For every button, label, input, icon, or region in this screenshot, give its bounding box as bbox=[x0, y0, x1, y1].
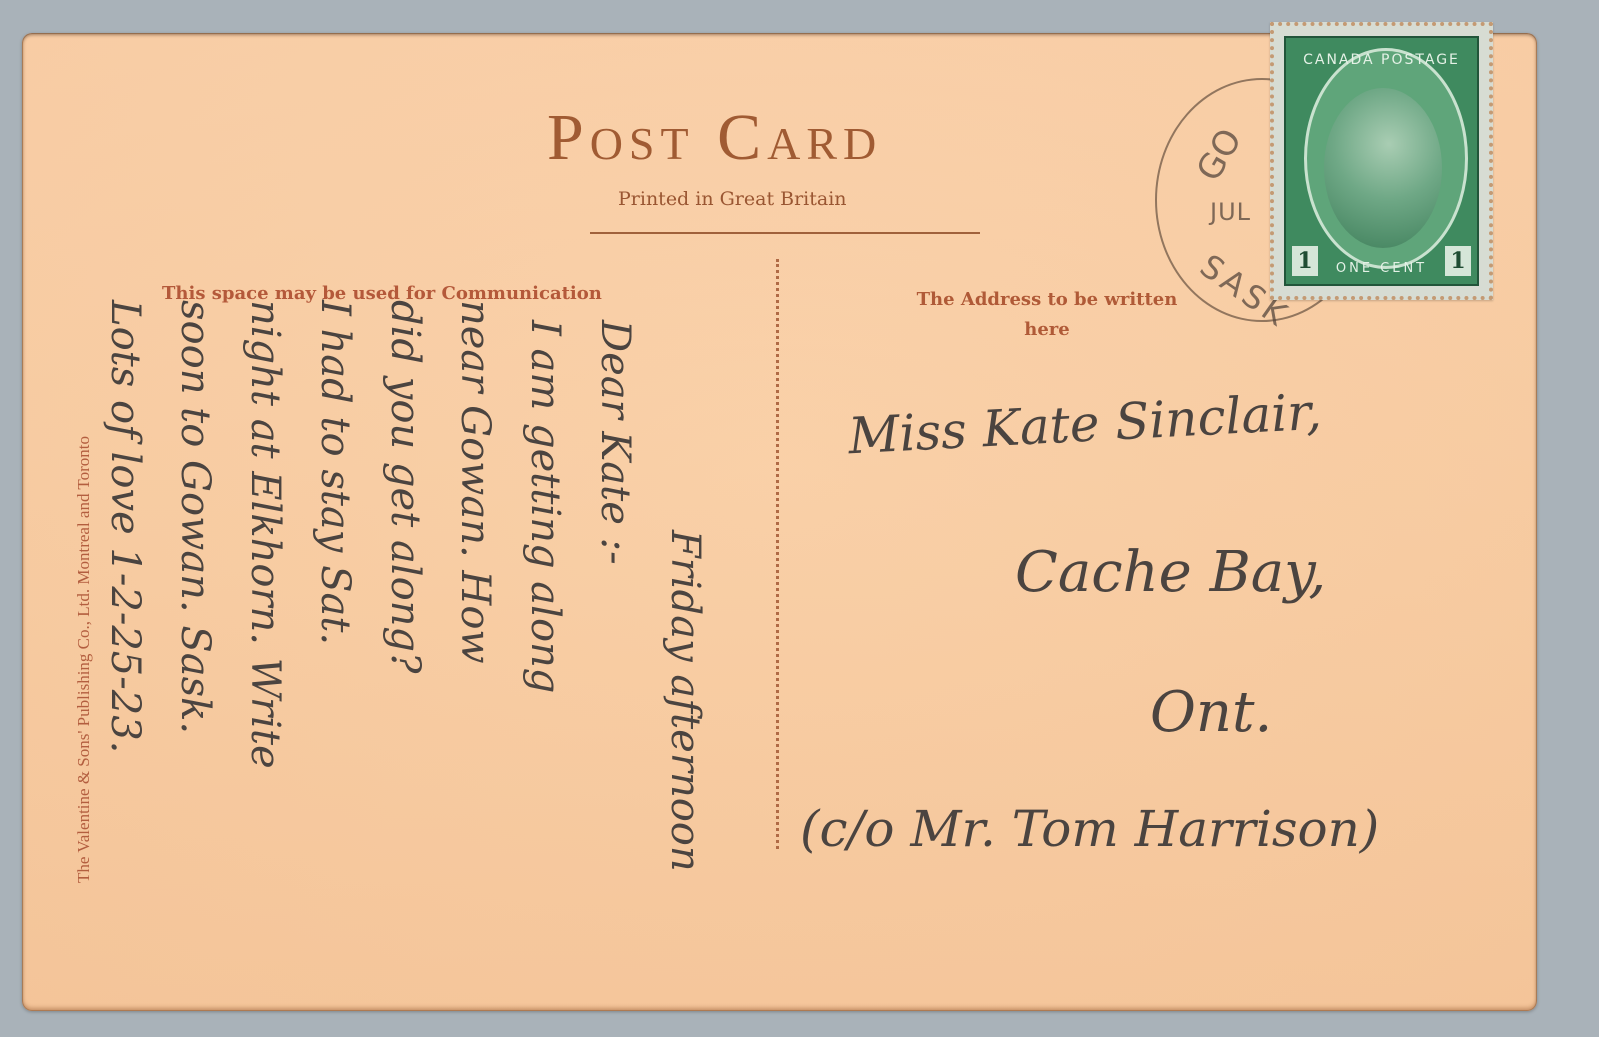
stamp-top-text: CANADA POSTAGE bbox=[1286, 52, 1477, 68]
stamp-denomination-right: 1 bbox=[1445, 246, 1471, 276]
message-line: Friday afternoon bbox=[650, 300, 720, 872]
address-city: Cache Bay, bbox=[1015, 540, 1326, 605]
handwritten-message: Friday afternoon Dear Kate :- I am getti… bbox=[90, 300, 720, 872]
title-divider bbox=[590, 232, 980, 234]
address-label-line2: here bbox=[882, 315, 1212, 345]
message-line: Dear Kate :- bbox=[580, 300, 650, 872]
stamp-frame: CANADA POSTAGE ONE CENT 1 1 bbox=[1284, 36, 1479, 286]
message-line: I am getting along bbox=[510, 300, 580, 872]
stamp-denomination-left: 1 bbox=[1292, 246, 1318, 276]
printed-in-label: Printed in Great Britain bbox=[618, 188, 847, 210]
message-line: I had to stay Sat. bbox=[300, 300, 370, 872]
message-line: Lots of love 1-2-25-23. bbox=[90, 300, 160, 872]
postcard-title: Post Card bbox=[547, 100, 882, 176]
postmark-date: JUL bbox=[1210, 198, 1251, 226]
address-care-of: (c/o Mr. Tom Harrison) bbox=[800, 800, 1379, 858]
message-line: near Gowan. How bbox=[440, 300, 510, 872]
message-line: did you get along? bbox=[370, 300, 440, 872]
message-line: night at Elkhorn. Write bbox=[230, 300, 300, 872]
address-label-line1: The Address to be written bbox=[882, 285, 1212, 315]
center-divider bbox=[776, 259, 779, 849]
message-line: soon to Gowan. Sask. bbox=[160, 300, 230, 872]
address-province: Ont. bbox=[1150, 680, 1272, 745]
postage-stamp: CANADA POSTAGE ONE CENT 1 1 bbox=[1270, 22, 1493, 300]
address-label: The Address to be written here bbox=[882, 285, 1212, 345]
king-portrait-icon bbox=[1324, 88, 1442, 248]
